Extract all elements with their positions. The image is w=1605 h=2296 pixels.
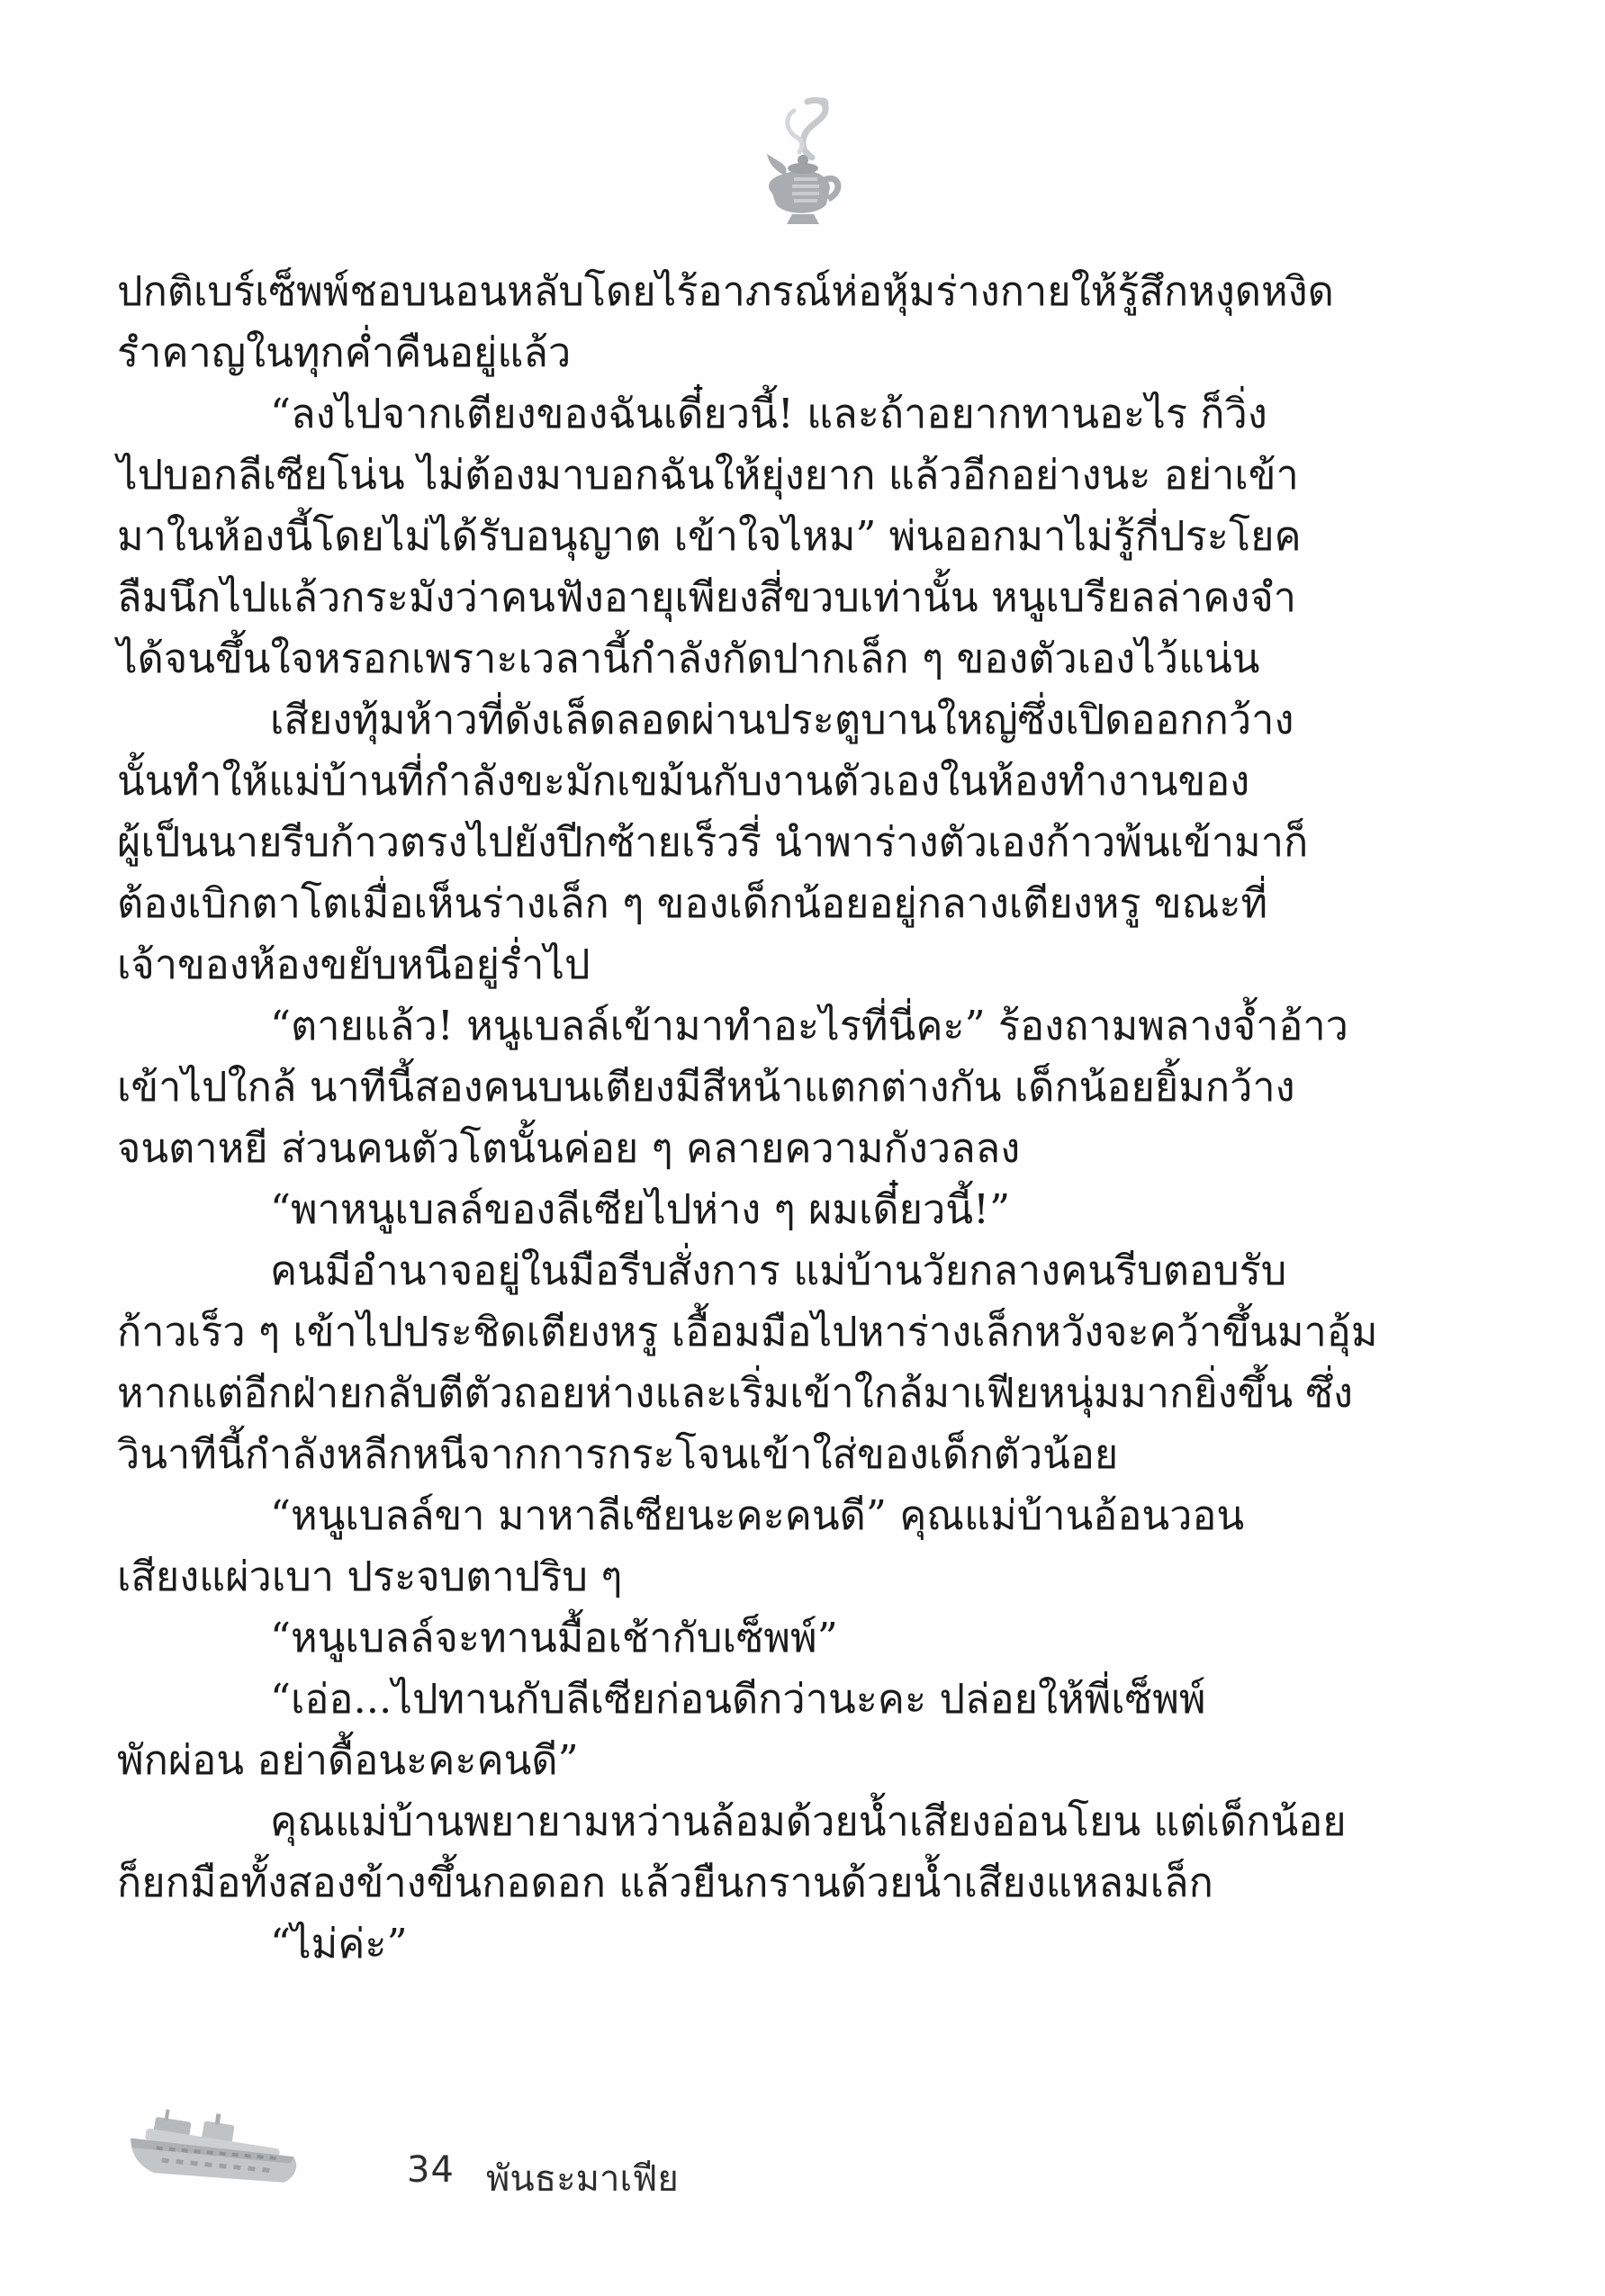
text-line: คนมีอำนาจอยู่ในมือรีบสั่งการ แม่บ้านวัยก… — [117, 1240, 1499, 1301]
text-line: วินาทีนี้กำลังหลีกหนีจากการกระโจนเข้าใส่… — [117, 1424, 1499, 1485]
text-line: ก็ยกมือทั้งสองข้างขึ้นกอดอก แล้วยืนกรานด… — [117, 1852, 1499, 1913]
text-line: “ไม่ค่ะ” — [117, 1913, 1499, 1975]
genie-lamp-icon — [758, 95, 848, 230]
text-line: ต้องเบิกตาโตเมื่อเห็นร่างเล็ก ๆ ของเด็กน… — [117, 873, 1499, 934]
cruise-ship-icon — [117, 2093, 320, 2210]
paragraph: ปกติเบร์เซ็พพ์ชอบนอนหลับโดยไร้อาภรณ์ห่อห… — [117, 261, 1499, 383]
text-line: พักผ่อน อย่าดื้อนะคะคนดี” — [117, 1730, 1499, 1791]
paragraph: เสียงทุ้มห้าวที่ดังเล็ดลอดผ่านประตูบานให… — [117, 689, 1499, 995]
text-line: เจ้าของห้องขยับหนีอยู่ร่ำไป — [117, 934, 1499, 995]
paragraph: “ไม่ค่ะ” — [117, 1913, 1499, 1975]
book-title: พันธะมาเฟีย — [486, 2149, 679, 2207]
paragraph: คนมีอำนาจอยู่ในมือรีบสั่งการ แม่บ้านวัยก… — [117, 1240, 1499, 1485]
text-line: ผู้เป็นนายรีบก้าวตรงไปยังปีกซ้ายเร็วรี่ … — [117, 812, 1499, 873]
text-line: ได้จนขึ้นใจหรอกเพราะเวลานี้กำลังกัดปากเล… — [117, 628, 1499, 689]
text-line: จนตาหยี ส่วนคนตัวโตนั้นค่อย ๆ คลายความกั… — [117, 1118, 1499, 1179]
page-text: ปกติเบร์เซ็พพ์ชอบนอนหลับโดยไร้อาภรณ์ห่อห… — [117, 261, 1499, 1975]
paragraph: “ตายแล้ว! หนูเบลล์เข้ามาทำอะไรที่นี่คะ” … — [117, 995, 1499, 1179]
text-line: เสียงทุ้มห้าวที่ดังเล็ดลอดผ่านประตูบานให… — [117, 689, 1499, 751]
text-line: เสียงแผ่วเบา ประจบตาปริบ ๆ — [117, 1546, 1499, 1607]
book-page: ปกติเบร์เซ็พพ์ชอบนอนหลับโดยไร้อาภรณ์ห่อห… — [0, 0, 1605, 2296]
paragraph: “หนูเบลล์จะทานมื้อเช้ากับเซ็พพ์” — [117, 1607, 1499, 1669]
text-line: “พาหนูเบลล์ของลีเซียไปห่าง ๆ ผมเดี๋ยวนี้… — [117, 1179, 1499, 1240]
text-line: “เอ่อ...ไปทานกับลีเซียก่อนดีกว่านะคะ ปล่… — [117, 1669, 1499, 1730]
paragraph: “ลงไปจากเตียงของฉันเดี๋ยวนี้! และถ้าอยาก… — [117, 383, 1499, 689]
text-line: หากแต่อีกฝ่ายกลับตีตัวถอยห่างและเริ่มเข้… — [117, 1363, 1499, 1424]
paragraph: “พาหนูเบลล์ของลีเซียไปห่าง ๆ ผมเดี๋ยวนี้… — [117, 1179, 1499, 1240]
paragraph: “เอ่อ...ไปทานกับลีเซียก่อนดีกว่านะคะ ปล่… — [117, 1669, 1499, 1791]
text-line: นั้นทำให้แม่บ้านที่กำลังขะมักเขม้นกับงาน… — [117, 751, 1499, 812]
text-line: มาในห้องนี้โดยไม่ได้รับอนุญาต เข้าใจไหม”… — [117, 506, 1499, 567]
paragraph: “หนูเบลล์ขา มาหาลีเซียนะคะคนดี” คุณแม่บ้… — [117, 1485, 1499, 1607]
text-line: คุณแม่บ้านพยายามหว่านล้อมด้วยน้ำเสียงอ่อ… — [117, 1791, 1499, 1852]
text-line: “ตายแล้ว! หนูเบลล์เข้ามาทำอะไรที่นี่คะ” … — [117, 995, 1499, 1057]
text-line: เข้าไปใกล้ นาทีนี้สองคนบนเตียงมีสีหน้าแต… — [117, 1057, 1499, 1118]
page-number: 34 — [407, 2149, 455, 2191]
page-footer: 34 พันธะมาเฟีย — [0, 2088, 1605, 2232]
text-line: “หนูเบลล์จะทานมื้อเช้ากับเซ็พพ์” — [117, 1607, 1499, 1669]
text-line: ปกติเบร์เซ็พพ์ชอบนอนหลับโดยไร้อาภรณ์ห่อห… — [117, 261, 1499, 322]
text-line: ก้าวเร็ว ๆ เข้าไปประชิดเตียงหรู เอื้อมมื… — [117, 1301, 1499, 1363]
text-line: ไปบอกลีเซียโน่น ไม่ต้องมาบอกฉันให้ยุ่งยา… — [117, 445, 1499, 506]
text-line: “หนูเบลล์ขา มาหาลีเซียนะคะคนดี” คุณแม่บ้… — [117, 1485, 1499, 1546]
paragraph: คุณแม่บ้านพยายามหว่านล้อมด้วยน้ำเสียงอ่อ… — [117, 1791, 1499, 1913]
text-line: ลืมนึกไปแล้วกระมังว่าคนฟังอายุเพียงสี่ขว… — [117, 567, 1499, 628]
text-line: รำคาญในทุกค่ำคืนอยู่แล้ว — [117, 322, 1499, 383]
text-line: “ลงไปจากเตียงของฉันเดี๋ยวนี้! และถ้าอยาก… — [117, 383, 1499, 445]
